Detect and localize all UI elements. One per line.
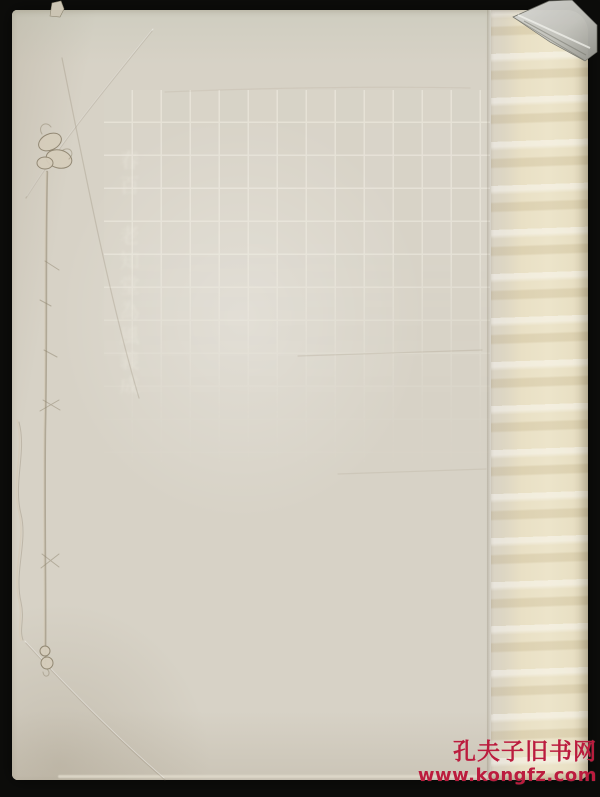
cover-fold-line xyxy=(487,10,491,780)
showthrough-text: 春百 老知堂為風義成 xyxy=(116,150,140,450)
page-edges xyxy=(488,10,588,780)
photo-background: 春百 老知堂為風義成 xyxy=(0,0,600,797)
showthrough-grid xyxy=(104,90,490,472)
watermark-site-name: 孔夫子旧书网 xyxy=(418,741,597,764)
watermark-site-url: www.kongfz.com xyxy=(418,767,597,785)
back-cover: 春百 老知堂為風義成 xyxy=(12,10,491,780)
booklet: 春百 老知堂為風義成 xyxy=(12,10,588,780)
watermark: 孔夫子旧书网 www.kongfz.com xyxy=(418,741,597,785)
